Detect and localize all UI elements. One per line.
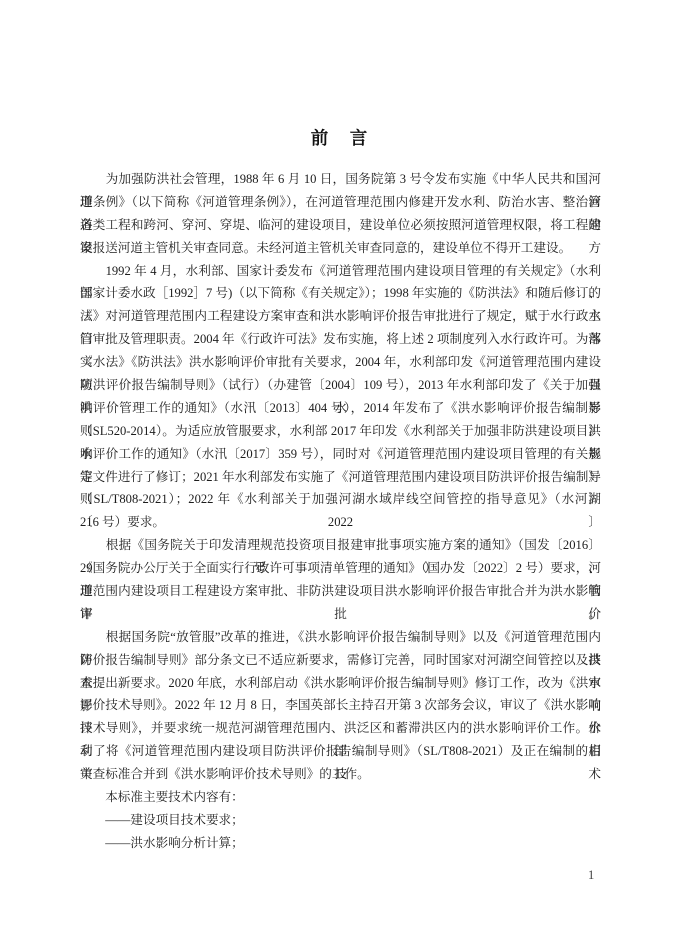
text-line: 查提出新要求。2020 年底，水利部启动《洪水影响评价报告编制导则》修订工作，改… [80,672,601,695]
text-line: 理条例》（以下简称《河道管理条例》），在河道管理范围内修建开发水利、防治水害、整… [80,191,601,214]
text-line: 国家计委水政［1992］7 号)（以下简称《有关规定》）；1998 年实施的《防… [80,282,601,305]
text-line: 1992 年 4 月，水利部、国家计委发布《河道管理范围内建设项目管理的有关规定… [80,260,601,283]
text-line: 防洪评价报告编制导则》（试行）（办建管〔2004〕109 号），2013 年水利… [80,374,601,397]
text-line: 响评价工作的通知》（水汛〔2017〕359 号），同时对《河道管理范围内建设项目… [80,443,601,466]
page-title: 前 言 [0,125,680,150]
spread-char: 批 [334,603,347,626]
text-line: 为加强防洪社会管理，1988 年 6 月 10 日，国务院第 3 号令发布实施《… [80,168,601,191]
text-line: 门审批及管理职责。2004 年《行政许可法》发布实施，将上述 2 项制度列入水行… [80,328,601,351]
text-line: 各类工程和跨河、穿河、穿堤、临河的建设项目，建设单位必须按照河道管理权限，将工程… [80,214,601,237]
text-line: 本标准主要技术内容有： [80,786,601,809]
text-line: （SL/T808-2021）；2022 年《水利部关于加强河湖水域岸线空间管控的… [80,488,601,511]
text-line: ——建设项目技术要求； [80,809,601,832]
paragraph: 为加强防洪社会管理，1988 年 6 月 10 日，国务院第 3 号令发布实施《… [80,168,601,260]
document-page: 前 言 为加强防洪社会管理，1988 年 6 月 10 日，国务院第 3 号令发… [0,0,680,927]
page-number: 1 [588,868,594,883]
paragraph: 本标准主要技术内容有： ——建设项目技术要求； ——洪水影响分析计算； [80,786,601,855]
text-line: 理范围内建设项目工程建设方案审批、非防洪建设项目洪水影响评价报告审批合并为洪水影… [80,580,601,603]
text-line: （SL520-2014）。为适应放管服要求，水利部 2017 年印发《水利部关于… [80,420,601,443]
text-line: 等文件进行了修订；2021 年水利部发布实施了《河道管理范围内建设项目防洪评价报… [80,466,601,489]
paragraph: 根据国务院“放管服”改革的推进，《洪水影响评价报告编制导则》以及《河道管理范围内… [80,626,601,786]
text-line: 案报送河道主管机关审查同意。未经河道主管机关审查同意的，建设单位不得开工建设。 [80,237,601,260]
text-line: 《国务院办公厅关于全面实行行政许可事项清单管理的通知》（国办发〔2022〕2 号… [80,557,601,580]
text-line: 根据国务院“放管服”改革的推进，《洪水影响评价报告编制导则》以及《河道管理范围内… [80,626,601,649]
text-line: 根据《国务院关于印发清理规范投资项目报建审批事项实施方案的通知》（国发〔2016… [80,534,601,557]
text-line: 评价报告编制导则》部分条文已不适应新要求，需修订完善，同时国家对河湖空间管控以及… [80,649,601,672]
text-line: ——洪水影响分析计算； [80,832,601,855]
paragraph: 1992 年 4 月，水利部、国家计委发布《河道管理范围内建设项目管理的有关规定… [80,260,601,535]
paragraph: 根据《国务院关于印发清理规范投资项目报建审批事项实施方案的通知》（国发〔2016… [80,534,601,626]
text-line: 《水法》《防洪法》洪水影响评价审批有关要求，2004 年，水利部印发《河道管理范… [80,351,601,374]
text-line: 响评价管理工作的通知》（水汛〔2013〕404 号），2014 年发布了《洪水影… [80,397,601,420]
text-line: 技术导则》，并要求统一规范河湖管理范围内、洪泛区和蓄滞洪区内的洪水影响评价工作。… [80,717,601,740]
text-line: 动了将《河道管理范围内建设项目防洪评价报告编制导则》（SL/T808-2021）… [80,740,601,763]
document-body: 为加强防洪社会管理，1988 年 6 月 10 日，国务院第 3 号令发布实施《… [80,168,601,855]
spread-char: 。 [588,603,601,626]
spread-char: 审 [80,603,93,626]
text-line: 评价技术导则》。2022 年 12 月 8 日，李国英部长主持召开第 3 次部务… [80,694,601,717]
text-line: 法》对河道管理范围内工程建设方案审查和洪水影响评价报告审批进行了规定，赋于水行政… [80,305,601,328]
